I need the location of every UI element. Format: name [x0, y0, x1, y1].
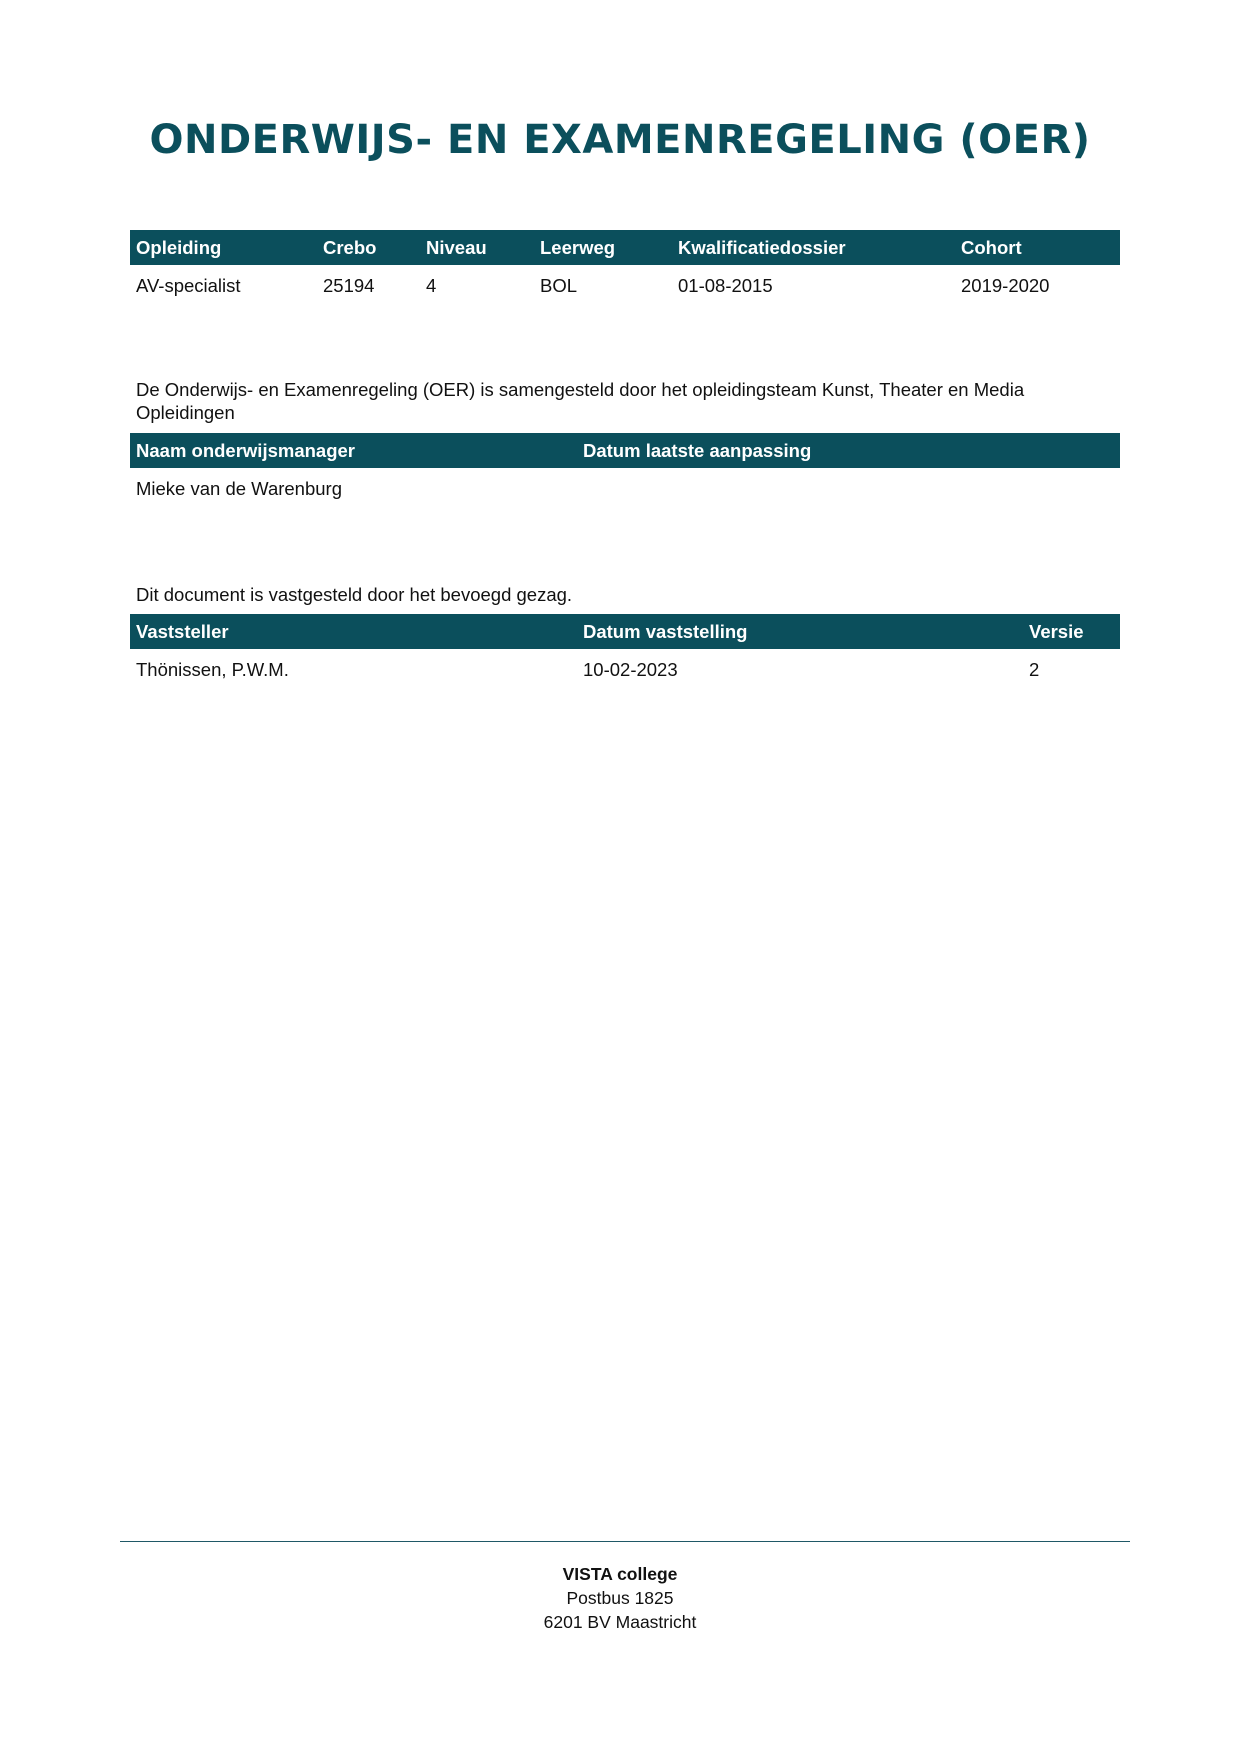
cell-cohort: 2019-2020: [955, 265, 1120, 307]
approval-table: Vaststeller Datum vaststelling Versie Th…: [130, 614, 1120, 691]
header-versie: Versie: [1023, 614, 1120, 649]
footer-address-line2: 6201 BV Maastricht: [0, 1610, 1240, 1634]
table-row: AV-specialist 25194 4 BOL 01-08-2015 201…: [130, 265, 1120, 307]
footer-organization: VISTA college: [0, 1562, 1240, 1586]
cell-datum-vaststelling: 10-02-2023: [577, 649, 1023, 691]
cell-opleiding: AV-specialist: [130, 265, 317, 307]
header-datum-vaststelling: Datum vaststelling: [577, 614, 1023, 649]
cell-leerweg: BOL: [534, 265, 672, 307]
manager-table-header-row: Naam onderwijsmanager Datum laatste aanp…: [130, 433, 1120, 468]
cell-versie: 2: [1023, 649, 1120, 691]
header-opleiding: Opleiding: [130, 230, 317, 265]
manager-table: Naam onderwijsmanager Datum laatste aanp…: [130, 433, 1120, 510]
approval-text: Dit document is vastgesteld door het bev…: [136, 583, 1096, 606]
header-leerweg: Leerweg: [534, 230, 672, 265]
program-table: Opleiding Crebo Niveau Leerweg Kwalifica…: [130, 230, 1120, 307]
cell-kwalificatiedossier: 01-08-2015: [672, 265, 955, 307]
header-naam-onderwijsmanager: Naam onderwijsmanager: [130, 433, 577, 468]
program-table-header-row: Opleiding Crebo Niveau Leerweg Kwalifica…: [130, 230, 1120, 265]
header-datum-laatste-aanpassing: Datum laatste aanpassing: [577, 433, 1120, 468]
table-row: Mieke van de Warenburg: [130, 468, 1120, 510]
cell-vaststeller: Thönissen, P.W.M.: [130, 649, 577, 691]
composition-text: De Onderwijs- en Examenregeling (OER) is…: [136, 378, 1096, 424]
cell-datum-laatste-aanpassing: [577, 468, 1120, 510]
header-vaststeller: Vaststeller: [130, 614, 577, 649]
cell-niveau: 4: [420, 265, 534, 307]
document-title: ONDERWIJS- EN EXAMENREGELING (OER): [0, 117, 1240, 163]
cell-crebo: 25194: [317, 265, 420, 307]
approval-table-header-row: Vaststeller Datum vaststelling Versie: [130, 614, 1120, 649]
footer-address-line1: Postbus 1825: [0, 1586, 1240, 1610]
header-kwalificatiedossier: Kwalificatiedossier: [672, 230, 955, 265]
header-cohort: Cohort: [955, 230, 1120, 265]
footer: VISTA college Postbus 1825 6201 BV Maast…: [0, 1562, 1240, 1634]
cell-naam-onderwijsmanager: Mieke van de Warenburg: [130, 468, 577, 510]
table-row: Thönissen, P.W.M. 10-02-2023 2: [130, 649, 1120, 691]
header-crebo: Crebo: [317, 230, 420, 265]
header-niveau: Niveau: [420, 230, 534, 265]
footer-divider: [120, 1541, 1130, 1542]
